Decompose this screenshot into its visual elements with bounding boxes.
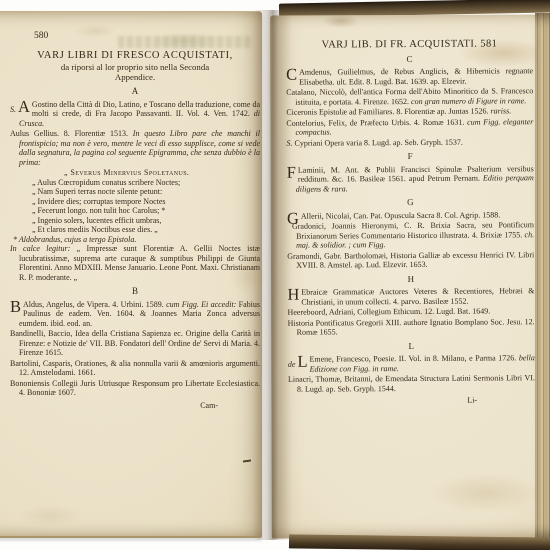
right-page-text: VARJ LIB. DI FR. ACQUISTATI. 581 CCAmden… — [286, 39, 535, 406]
fore-edge-pages — [535, 13, 550, 538]
text-segment: Contelorius, Felix, de Præfecto Urbis. 4… — [286, 117, 467, 127]
catalog-entry: Gramondi, Gabr. Bartholomæi, Historia Ga… — [287, 250, 534, 271]
section-title-line1: VARJ LIBRI DI FRESCO ACQUISTATI, — [10, 51, 260, 61]
catalog-entry: CAmdenus, Guilielmus, de Rebus Anglicis,… — [286, 66, 533, 87]
catchword: Li- — [288, 395, 535, 406]
text-segment: S. — [286, 138, 294, 147]
text-segment: Aldus, Angelus, de Vipera. 4. Urbini. 15… — [23, 300, 166, 309]
catalog-entry: Bononiensis Collegii Juris Utriusque Res… — [10, 379, 260, 398]
text-segment: Gramondi, Gabr. Bartholomæi, Historia Ga… — [287, 250, 534, 270]
catalog-entry: BAldus, Angelus, de Vipera. 4. Urbini. 1… — [10, 300, 260, 329]
catalog-entry: Aulus Gellius. 8. Florentiæ 1513. In que… — [10, 129, 260, 167]
footnote: * Aldobrandus, cujus a tergo Epistola. — [10, 235, 260, 245]
section-letter: B — [10, 287, 260, 297]
running-header-right: VARJ LIB. DI FR. ACQUISTATI. 581 — [286, 39, 533, 50]
catalog-entry: Heereboord, Adriani, Collegium Ethicum. … — [288, 306, 535, 317]
catalog-entry: S. Cypriani Opera varia 8. Lugd. ap. Seb… — [286, 137, 533, 148]
drop-cap: de L — [288, 355, 308, 370]
text-segment: Linacri, Thomæ, Britanni, de Emendata St… — [288, 373, 535, 393]
book-cover-edge-bottom — [289, 534, 550, 550]
section-letter: C — [286, 54, 533, 65]
drop-cap: H — [287, 288, 299, 303]
text-segment: Bandinelli, Baccio, Idea della Cristiana… — [10, 329, 260, 357]
text-segment: rariss. — [490, 106, 511, 115]
drop-cap-letter: A — [18, 97, 30, 116]
section-letter: F — [287, 151, 534, 162]
text-segment: In calce legitur: — [10, 244, 77, 253]
catalog-entry: de LEmene, Francesco, Poesie. II. Vol. i… — [288, 353, 535, 374]
drop-cap-letter: L — [297, 352, 307, 371]
catalog-entry: Historia Pontificatus Gregorii XIII. aut… — [288, 317, 535, 338]
drop-cap-letter: B — [10, 297, 21, 316]
drop-cap-letter: C — [286, 65, 297, 84]
left-page-entries: AS. AGostino della Città di Dio, Latino,… — [10, 87, 260, 410]
catalog-entry: FLaminii, M. Ant. & Publii Francisci Spi… — [287, 164, 534, 194]
text-segment: Aulus Gellius. 8. Florentiæ 1513. — [10, 129, 133, 138]
text-segment: Heereboord, Adriani, Collegium Ethicum. … — [288, 307, 491, 317]
text-segment: Ebraicæ Grammaticæ Auctores Veteres & Re… — [301, 286, 534, 306]
text-segment: Gradonici, Joannis Hieronymi, C. R. Brix… — [292, 220, 534, 240]
section-letter: A — [10, 87, 260, 97]
catalog-entry: Gradonici, Joannis Hieronymi, C. R. Brix… — [287, 220, 534, 250]
text-segment: Gostino della Città di Dio, Latino, e To… — [32, 100, 260, 119]
catalog-entry: Contelorius, Felix, de Præfecto Urbis. 4… — [286, 117, 533, 138]
entry-prefix: de — [288, 360, 298, 369]
verse-line: „ Ingenio solers, lucentes efficit umbra… — [10, 216, 260, 226]
verse-line: „ Nam Superi terras nocte silente petunt… — [10, 187, 260, 197]
text-segment: Historia Pontificatus Gregorii XIII. aut… — [288, 317, 535, 337]
text-segment: cum Figg. Ei accedit: — [166, 300, 239, 309]
drop-cap: B — [10, 300, 21, 315]
catalog-entry: Bandinelli, Baccio, Idea della Cristiana… — [10, 329, 260, 358]
text-segment: Bononiensis Collegii Juris Utriusque Res… — [10, 379, 260, 398]
verse-line: „ Severus Minervius Spoletanus. — [10, 168, 260, 178]
text-segment: Emene, Francesco, Poesie. II. Vol. in 8.… — [309, 353, 518, 363]
text-segment: Allerii, Nicolai, Can. Pat. Opuscula Sac… — [301, 210, 500, 220]
entry-prefix: S. — [10, 105, 18, 114]
drop-cap-letter: H — [287, 285, 299, 304]
verse-line: „ Et claros mediis Noctibus esse dies. „ — [10, 225, 260, 235]
catalog-entry: HEbraicæ Grammaticæ Auctores Veteres & R… — [287, 286, 534, 307]
left-page-text: 580 VARJ LIBRI DI FRESCO ACQUISTATI, da … — [10, 32, 260, 410]
text-segment: Cypriani Opera varia 8. Lugd. ap. Seb. G… — [294, 137, 462, 147]
text-segment: Bartolini, Casparis, Orationes, & alia n… — [10, 359, 260, 378]
book-photo: 580 VARJ LIBRI DI FRESCO ACQUISTATI, da … — [0, 0, 550, 550]
drop-cap: F — [287, 165, 296, 180]
section-letter: H — [287, 274, 534, 285]
verse-line: „ Aulus Cœcropidum conatus scribere Noct… — [10, 178, 260, 188]
text-segment: Amdenus, Guilielmus, de Rebus Anglicis, … — [299, 66, 533, 86]
catalog-entry: Bartolini, Casparis, Orationes, & alia n… — [10, 359, 260, 378]
section-title-line3: Appendice. — [10, 73, 260, 83]
text-segment: Ciceronis Epistolæ ad Familiares. 8. Flo… — [286, 107, 490, 117]
section-letter: G — [287, 197, 534, 208]
catalog-entry: Ciceronis Epistolæ ad Familiares. 8. Flo… — [286, 106, 533, 117]
catchword: Cam- — [10, 401, 260, 411]
drop-cap: C — [286, 68, 297, 83]
verse-line: „ Invidere dies; corruptas tempore Nocte… — [10, 197, 260, 207]
catalog-entry: GAllerii, Nicolai, Can. Pat. Opuscula Sa… — [287, 210, 534, 221]
catalog-entry: Linacri, Thomæ, Britanni, de Emendata St… — [288, 373, 535, 394]
catalog-entry: Catalano, Niccolò, dell'antica Forma del… — [286, 86, 533, 107]
catalog-entry: In calce legitur: „ Impressæ sunt Floren… — [10, 244, 260, 282]
page-number-left: 580 — [34, 32, 260, 42]
verse-line: „ Fecerunt longo. non tulit hoc Carolus;… — [10, 206, 260, 216]
right-page-entries: CCAmdenus, Guilielmus, de Rebus Anglicis… — [286, 54, 535, 407]
drop-cap-letter: F — [287, 162, 296, 181]
section-letter: L — [288, 341, 535, 352]
drop-cap: S. A — [10, 100, 30, 115]
catalog-entry: S. AGostino della Città di Dio, Latino, … — [10, 100, 260, 129]
text-segment: con gran numero di Figure in rame. — [411, 96, 526, 106]
